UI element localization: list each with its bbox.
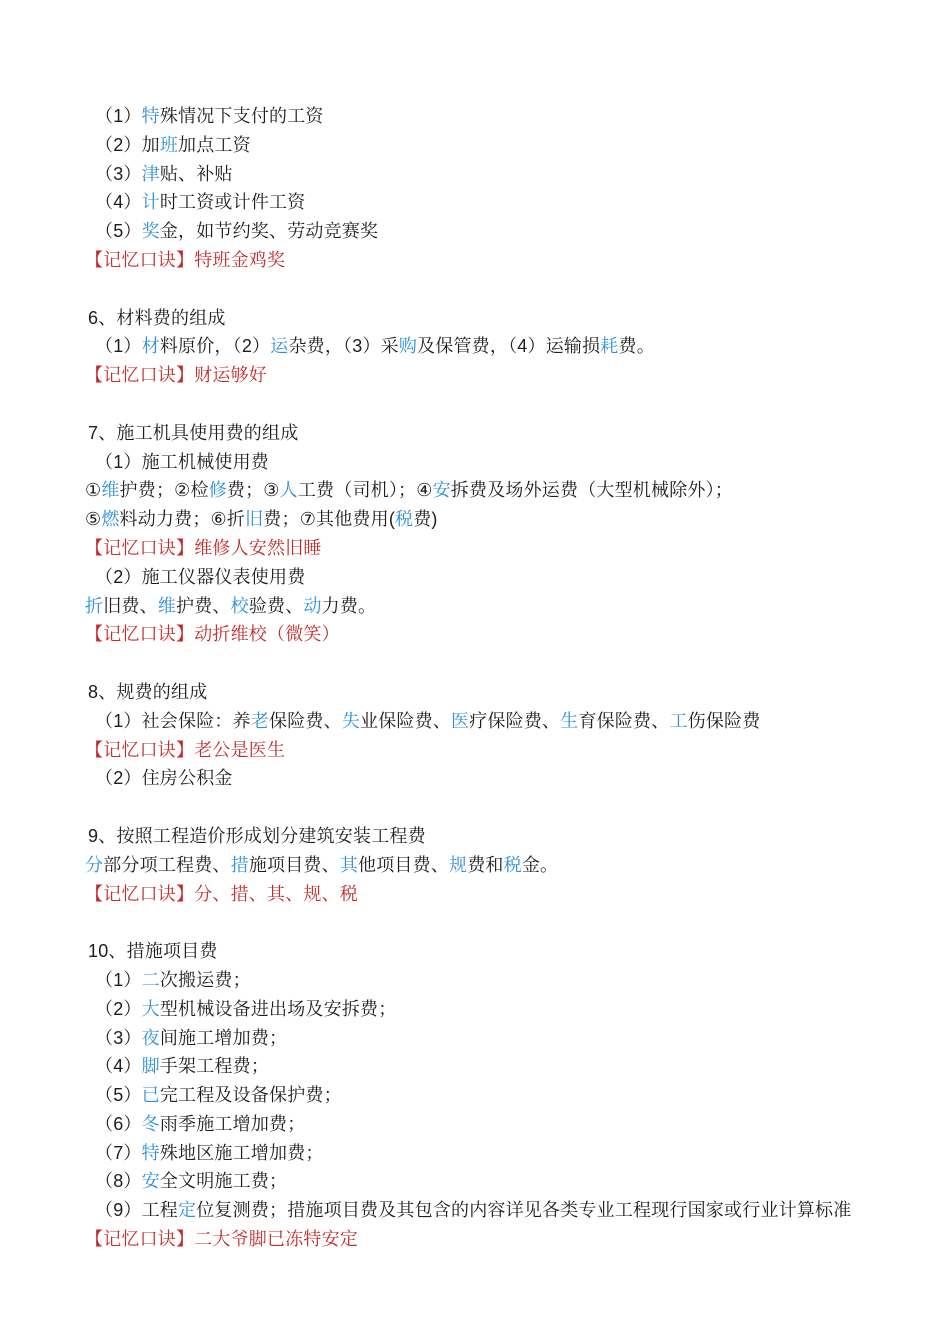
text-line: （8）安全文明施工费；: [85, 1167, 925, 1196]
text-segment: 时工资或计件工资: [160, 192, 306, 212]
highlight-char: 特: [142, 106, 160, 126]
text-line: （1）社会保险：养老保险费、失业保险费、医疗保险费、生育保险费、工伤保险费: [85, 707, 925, 736]
text-segment: 他项目费、: [358, 855, 449, 875]
text-segment: 9、按照工程造价形成划分建筑安装工程费: [88, 826, 426, 846]
highlight-char: 旧: [245, 509, 263, 529]
text-segment: 次搬运费；: [160, 970, 251, 990]
text-segment: （4）: [95, 192, 142, 212]
text-segment: 力费。: [322, 596, 377, 616]
mnemonic-text: 【记忆口诀】维修人安然旧睡: [85, 538, 322, 558]
text-segment: 完工程及设备保护费；: [160, 1085, 342, 1105]
text-line: （4）脚手架工程费；: [85, 1052, 925, 1081]
text-segment: 费；⑦其他费用(: [263, 509, 395, 529]
mnemonic-text: 【记忆口诀】财运够好: [85, 365, 267, 385]
text-segment: 料动力费；⑥折: [120, 509, 246, 529]
text-segment: 拆费及场外运费（大型机械除外）；: [451, 480, 733, 500]
text-segment: 保险费、: [269, 711, 342, 731]
highlight-char: 燃: [101, 509, 119, 529]
text-line: ①维护费；②检修费；③人工费（司机）；④安拆费及场外运费（大型机械除外）；: [85, 476, 925, 505]
highlight-char: 生: [560, 711, 578, 731]
highlight-char: 定: [178, 1200, 196, 1220]
text-segment: 手架工程费；: [160, 1056, 269, 1076]
notes-document: （1）特殊情况下支付的工资（2）加班加点工资（3）津贴、补贴（4）计时工资或计件…: [85, 102, 925, 1254]
highlight-char: 失: [342, 711, 360, 731]
text-segment: （2）施工仪器仪表使用费: [95, 567, 305, 587]
text-line: （1）施工机械使用费: [85, 448, 925, 477]
text-segment: 加点工资: [178, 135, 251, 155]
highlight-char: 税: [395, 509, 413, 529]
highlight-char: 冬: [142, 1114, 160, 1134]
text-segment: 护费、: [176, 596, 231, 616]
highlight-char: 购: [399, 336, 417, 356]
text-segment: （2）: [95, 999, 142, 1019]
text-segment: （1）社会保险：养: [95, 711, 251, 731]
highlight-char: 校: [231, 596, 249, 616]
text-segment: （6）: [95, 1114, 142, 1134]
text-segment: 6、材料费的组成: [88, 308, 226, 328]
text-line: （4）计时工资或计件工资: [85, 188, 925, 217]
text-segment: 型机械设备进出场及安拆费；: [160, 999, 397, 1019]
text-segment: （3）: [95, 1028, 142, 1048]
highlight-char: 运: [270, 336, 288, 356]
text-segment: 及保管费，（4）运输损: [417, 336, 600, 356]
highlight-char: 其: [340, 855, 358, 875]
text-segment: 费): [413, 509, 437, 529]
highlight-char: 工: [669, 711, 687, 731]
text-line: （7）特殊地区施工增加费；: [85, 1139, 925, 1168]
highlight-char: 材: [142, 336, 160, 356]
section-heading: 10、措施项目费: [85, 937, 925, 966]
highlight-char: 安: [433, 480, 451, 500]
blank-line: [85, 793, 925, 822]
text-segment: 金。: [522, 855, 558, 875]
highlight-char: 人: [280, 480, 298, 500]
highlight-char: 措: [231, 855, 249, 875]
highlight-char: 折: [85, 596, 103, 616]
section-heading: 7、施工机具使用费的组成: [85, 419, 925, 448]
highlight-char: 修: [209, 480, 227, 500]
highlight-char: 医: [451, 711, 469, 731]
text-segment: 旧费、: [103, 596, 158, 616]
highlight-char: 脚: [142, 1056, 160, 1076]
text-segment: 业保险费、: [360, 711, 451, 731]
highlight-char: 维: [158, 596, 176, 616]
text-line: （9）工程定位复测费；措施项目费及其包含的内容详见各类专业工程现行国家或行业计算…: [85, 1196, 925, 1225]
text-segment: 施项目费、: [249, 855, 340, 875]
blank-line: [85, 649, 925, 678]
mnemonic-text: 【记忆口诀】分、措、其、规、税: [85, 884, 358, 904]
text-segment: 费和: [467, 855, 503, 875]
highlight-char: 税: [504, 855, 522, 875]
text-line: （2）大型机械设备进出场及安拆费；: [85, 995, 925, 1024]
text-segment: （5）: [95, 1085, 142, 1105]
blank-line: [85, 908, 925, 937]
text-segment: （7）: [95, 1143, 142, 1163]
highlight-char: 奖: [142, 221, 160, 241]
text-segment: 8、规费的组成: [88, 682, 207, 702]
text-segment: （1）: [95, 106, 142, 126]
text-segment: 10、措施项目费: [88, 941, 218, 961]
highlight-char: 老: [251, 711, 269, 731]
text-segment: 部分项工程费、: [103, 855, 230, 875]
text-line: （1）材料原价，（2）运杂费，（3）采购及保管费，（4）运输损耗费。: [85, 332, 925, 361]
mnemonic-line: 【记忆口诀】特班金鸡奖: [85, 246, 925, 275]
text-segment: 全文明施工费；: [160, 1171, 287, 1191]
highlight-char: 计: [142, 192, 160, 212]
highlight-char: 分: [85, 855, 103, 875]
text-line: （5）奖金，如节约奖、劳动竞赛奖: [85, 217, 925, 246]
highlight-char: 安: [142, 1171, 160, 1191]
text-segment: 费；③: [227, 480, 280, 500]
text-line: （2）加班加点工资: [85, 131, 925, 160]
text-line: （2）住房公积金: [85, 764, 925, 793]
blank-line: [85, 275, 925, 304]
mnemonic-text: 【记忆口诀】二大爷脚已冻特安定: [85, 1229, 358, 1249]
section-heading: 8、规费的组成: [85, 678, 925, 707]
text-line: （2）施工仪器仪表使用费: [85, 563, 925, 592]
highlight-char: 规: [449, 855, 467, 875]
highlight-char: 动: [303, 596, 321, 616]
text-line: ⑤燃料动力费；⑥折旧费；⑦其他费用(税费): [85, 505, 925, 534]
mnemonic-line: 【记忆口诀】分、措、其、规、税: [85, 880, 925, 909]
text-segment: 疗保险费、: [469, 711, 560, 731]
text-segment: 伤保险费: [688, 711, 761, 731]
text-line: 折旧费、维护费、校验费、动力费。: [85, 592, 925, 621]
text-segment: （2）加: [95, 135, 160, 155]
text-segment: 杂费，（3）采: [288, 336, 398, 356]
blank-line: [85, 390, 925, 419]
mnemonic-line: 【记忆口诀】财运够好: [85, 361, 925, 390]
text-segment: （4）: [95, 1056, 142, 1076]
text-line: （3）夜间施工增加费；: [85, 1024, 925, 1053]
text-segment: 位复测费；措施项目费及其包含的内容详见各类专业工程现行国家或行业计算标准: [196, 1200, 851, 1220]
text-line: 分部分项工程费、措施项目费、其他项目费、规费和税金。: [85, 851, 925, 880]
highlight-char: 班: [160, 135, 178, 155]
highlight-char: 夜: [142, 1028, 160, 1048]
mnemonic-text: 【记忆口诀】动折维校（微笑）: [85, 624, 340, 644]
mnemonic-line: 【记忆口诀】二大爷脚已冻特安定: [85, 1225, 925, 1254]
mnemonic-line: 【记忆口诀】老公是医生: [85, 736, 925, 765]
section-heading: 9、按照工程造价形成划分建筑安装工程费: [85, 822, 925, 851]
text-segment: （5）: [95, 221, 142, 241]
highlight-char: 维: [101, 480, 119, 500]
text-segment: 验费、: [249, 596, 304, 616]
text-line: （6）冬雨季施工增加费；: [85, 1110, 925, 1139]
text-segment: 贴、补贴: [160, 164, 233, 184]
text-segment: 7、施工机具使用费的组成: [88, 423, 298, 443]
text-segment: 料原价，（2）: [160, 336, 270, 356]
text-line: （3）津贴、补贴: [85, 160, 925, 189]
highlight-char: 二: [142, 970, 160, 990]
mnemonic-line: 【记忆口诀】动折维校（微笑）: [85, 620, 925, 649]
text-segment: （3）: [95, 164, 142, 184]
text-segment: （1）: [95, 970, 142, 990]
text-segment: （1）施工机械使用费: [95, 452, 269, 472]
text-line: （1）特殊情况下支付的工资: [85, 102, 925, 131]
mnemonic-text: 【记忆口诀】特班金鸡奖: [85, 250, 285, 270]
highlight-char: 耗: [600, 336, 618, 356]
text-segment: （8）: [95, 1171, 142, 1191]
text-segment: 育保险费、: [578, 711, 669, 731]
text-line: （1）二次搬运费；: [85, 966, 925, 995]
text-segment: 雨季施工增加费；: [160, 1114, 306, 1134]
text-segment: 殊情况下支付的工资: [160, 106, 324, 126]
text-segment: ⑤: [85, 509, 101, 529]
text-segment: 护费；②检: [120, 480, 209, 500]
section-heading: 6、材料费的组成: [85, 304, 925, 333]
text-segment: （9）工程: [95, 1200, 178, 1220]
text-segment: 殊地区施工增加费；: [160, 1143, 324, 1163]
text-segment: 工费（司机）；④: [298, 480, 433, 500]
highlight-char: 大: [142, 999, 160, 1019]
text-segment: （1）: [95, 336, 142, 356]
text-segment: ①: [85, 480, 101, 500]
text-line: （5）已完工程及设备保护费；: [85, 1081, 925, 1110]
highlight-char: 已: [142, 1085, 160, 1105]
mnemonic-text: 【记忆口诀】老公是医生: [85, 740, 285, 760]
highlight-char: 特: [142, 1143, 160, 1163]
highlight-char: 津: [142, 164, 160, 184]
text-segment: 间施工增加费；: [160, 1028, 287, 1048]
text-segment: 费。: [619, 336, 655, 356]
mnemonic-line: 【记忆口诀】维修人安然旧睡: [85, 534, 925, 563]
text-segment: 金，如节约奖、劳动竞赛奖: [160, 221, 378, 241]
text-segment: （2）住房公积金: [95, 768, 233, 788]
